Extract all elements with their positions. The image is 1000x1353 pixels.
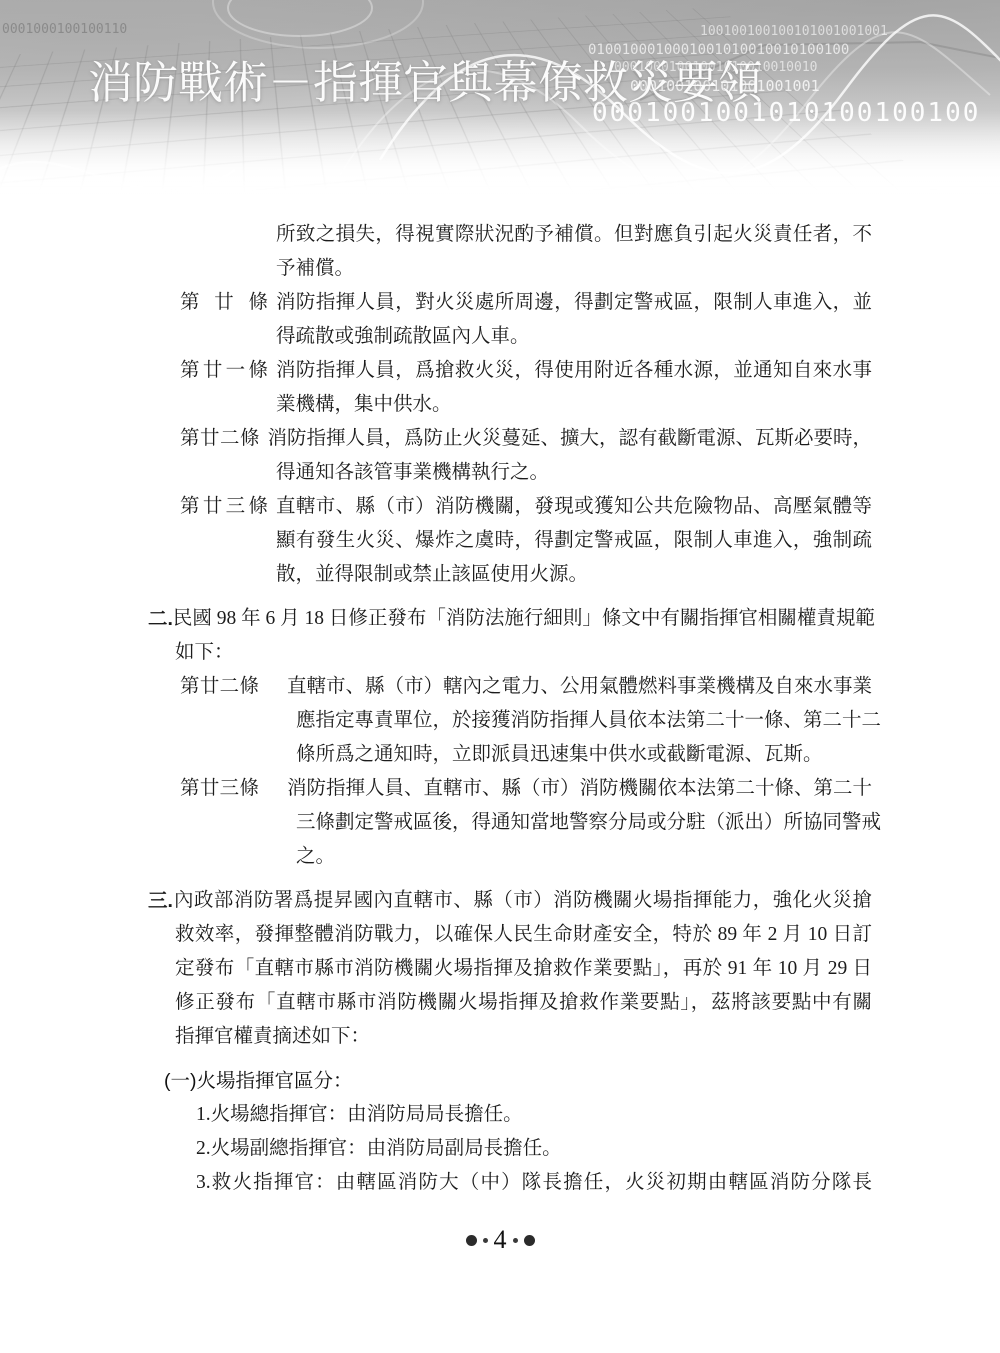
article-line: 第廿二條消防指揮人員，爲防止火災蔓延、擴大，認有截斷電源、瓦斯必要時， <box>148 422 872 456</box>
page-title: 消防戰術－指揮官與幕僚救災要領 <box>88 46 763 111</box>
article-number: 第廿二條 <box>180 670 259 704</box>
section-text: 民國 98 年 6 月 18 日修正發布「消防法施行細則」條文中有關指揮官相關權… <box>173 602 875 636</box>
binary-pattern: 0001000100100110 <box>2 22 127 37</box>
subsection-text: (一)火場指揮官區分： <box>164 1064 872 1098</box>
article-number: 第廿三條 <box>180 772 259 806</box>
article-line: 第廿一條消防指揮人員，爲搶救火災，得使用附近各種水源，並通知自來水事 <box>148 354 872 388</box>
article-text: 消防指揮人員，爲搶救火災，得使用附近各種水源，並通知自來水事 <box>276 354 872 388</box>
article-text: 消防指揮人員，爲防止火災蔓延、擴大，認有截斷電源、瓦斯必要時， <box>267 422 872 456</box>
section-number: 二. <box>148 602 173 636</box>
article-line: 第廿二條直轄市、縣（市）轄內之電力、公用氣體燃料事業機構及自來水事業 <box>148 670 872 704</box>
section-text: 修正發布「直轄市縣市消防機關火場指揮及搶救作業要點」，茲將該要點中有關 <box>175 986 872 1020</box>
text-line: 條所爲之通知時，立即派員迅速集中供水或截斷電源、瓦斯。 <box>148 738 872 772</box>
text-line: 之。 <box>148 840 872 874</box>
text-line: 應指定專責單位，於接獲消防指揮人員依本法第二十一條、第二十二 <box>148 704 872 738</box>
article-text: 散，並得限制或禁止該區使用火源。 <box>276 558 872 592</box>
article-line: 第廿三條消防指揮人員、直轄市、縣（市）消防機關依本法第二十條、第二十 <box>148 772 872 806</box>
article-number: 第廿一條 <box>180 354 268 388</box>
article-text: 三條劃定警戒區後，得通知當地警察分局或分駐（派出）所協同警戒 <box>296 806 881 840</box>
article-text: 業機構，集中供水。 <box>276 388 872 422</box>
text-line: 修正發布「直轄市縣市消防機關火場指揮及搶救作業要點」，茲將該要點中有關 <box>148 986 872 1020</box>
section-line: 三.內政部消防署爲提昇國內直轄市、縣（市）消防機關火場指揮能力，強化火災搶 <box>148 884 872 918</box>
page-dot-icon <box>513 1238 518 1243</box>
paragraph-text: 所致之損失，得視實際狀況酌予補償。但對應負引起火災責任者，不 <box>276 218 872 252</box>
article-number: 第 廿 條 <box>180 286 268 320</box>
page-dot-icon <box>483 1238 488 1243</box>
article-text: 消防指揮人員，對火災處所周邊，得劃定警戒區，限制人車進入，並 <box>276 286 872 320</box>
text-line: 散，並得限制或禁止該區使用火源。 <box>148 558 872 592</box>
text-line: 定發布「直轄市縣市消防機關火場指揮及搶救作業要點」，再於 91 年 10 月 2… <box>148 952 872 986</box>
list-item-text: 3.救火指揮官：由轄區消防大（中）隊長擔任，火災初期由轄區消防分隊長 <box>196 1166 872 1200</box>
section-line: 二.民國 98 年 6 月 18 日修正發布「消防法施行細則」條文中有關指揮官相… <box>148 602 872 636</box>
text-line: 救效率，發揮整體消防戰力，以確保人民生命財產安全，特於 89 年 2 月 10 … <box>148 918 872 952</box>
article-text: 應指定專責單位，於接獲消防指揮人員依本法第二十一條、第二十二 <box>296 704 881 738</box>
section-text: 指揮官權責摘述如下： <box>175 1020 872 1054</box>
text-line: 顯有發生火災、爆炸之虞時，得劃定警戒區，限制人車進入，強制疏 <box>148 524 872 558</box>
list-item: 3.救火指揮官：由轄區消防大（中）隊長擔任，火災初期由轄區消防分隊長 <box>148 1166 872 1200</box>
text-line: 予補償。 <box>148 252 872 286</box>
text-line: 如下： <box>148 636 872 670</box>
text-line: 所致之損失，得視實際狀況酌予補償。但對應負引起火災責任者，不 <box>148 218 872 252</box>
document-page: 0001000100100110 10010010010010100100100… <box>0 0 1000 1353</box>
article-text: 顯有發生火災、爆炸之虞時，得劃定警戒區，限制人車進入，強制疏 <box>276 524 872 558</box>
article-number: 第廿三條 <box>180 490 268 524</box>
section-text: 救效率，發揮整體消防戰力，以確保人民生命財產安全，特於 89 年 2 月 10 … <box>175 918 872 952</box>
text-line: 三條劃定警戒區後，得通知當地警察分局或分駐（派出）所協同警戒 <box>148 806 872 840</box>
article-line: 第廿三條直轄市、縣（市）消防機關，發現或獲知公共危險物品、高壓氣體等 <box>148 490 872 524</box>
article-text: 條所爲之通知時，立即派員迅速集中供水或截斷電源、瓦斯。 <box>296 738 872 772</box>
list-item: 2.火場副總指揮官：由消防局副局長擔任。 <box>148 1132 872 1166</box>
text-line: 業機構，集中供水。 <box>148 388 872 422</box>
text-line: 得通知各該管事業機構執行之。 <box>148 456 872 490</box>
list-item: 1.火場總指揮官：由消防局局長擔任。 <box>148 1098 872 1132</box>
section-text: 內政部消防署爲提昇國內直轄市、縣（市）消防機關火場指揮能力，強化火災搶 <box>174 884 872 918</box>
article-number: 第廿二條 <box>180 422 259 456</box>
document-body: 所致之損失，得視實際狀況酌予補償。但對應負引起火災責任者，不 予補償。 第 廿 … <box>148 218 872 1200</box>
page-dot-icon <box>524 1235 535 1246</box>
page-number: 4 <box>0 1226 1000 1254</box>
header-banner: 0001000100100110 10010010010010100100100… <box>0 0 1000 200</box>
section-number: 三. <box>148 884 174 918</box>
subsection-heading: (一)火場指揮官區分： <box>148 1064 872 1098</box>
section-text: 如下： <box>175 636 872 670</box>
article-text: 直轄市、縣（市）轄內之電力、公用氣體燃料事業機構及自來水事業 <box>287 670 872 704</box>
article-text: 直轄市、縣（市）消防機關，發現或獲知公共危險物品、高壓氣體等 <box>276 490 872 524</box>
text-line: 指揮官權責摘述如下： <box>148 1020 872 1054</box>
page-dot-icon <box>466 1235 477 1246</box>
paragraph-text: 予補償。 <box>276 252 872 286</box>
section-text: 定發布「直轄市縣市消防機關火場指揮及搶救作業要點」，再於 91 年 10 月 2… <box>175 952 872 986</box>
article-text: 得通知各該管事業機構執行之。 <box>276 456 872 490</box>
article-text: 消防指揮人員、直轄市、縣（市）消防機關依本法第二十條、第二十 <box>287 772 872 806</box>
list-item-text: 2.火場副總指揮官：由消防局副局長擔任。 <box>196 1132 872 1166</box>
article-text: 之。 <box>296 840 872 874</box>
article-text: 得疏散或強制疏散區內人車。 <box>276 320 872 354</box>
binary-pattern: 100100100100101001001001 <box>700 24 888 39</box>
text-line: 得疏散或強制疏散區內人車。 <box>148 320 872 354</box>
list-item-text: 1.火場總指揮官：由消防局局長擔任。 <box>196 1098 872 1132</box>
page-number-value: 4 <box>494 1227 507 1253</box>
article-line: 第 廿 條消防指揮人員，對火災處所周邊，得劃定警戒區，限制人車進入，並 <box>148 286 872 320</box>
